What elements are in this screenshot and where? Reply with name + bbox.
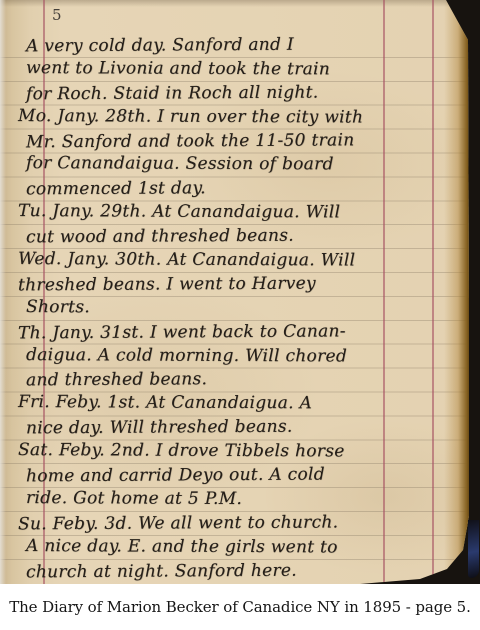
diary-page: 5 A very cold day. Sanford and Iwent to … [0, 0, 480, 584]
diary-line: Sat. Feby. 2nd. I drove Tibbels horse [18, 439, 468, 465]
diary-line: cut wood and threshed beans. [18, 224, 468, 251]
diary-line: threshed beans. I went to Harvey [18, 272, 468, 299]
diary-line: Wed. Jany. 30th. At Canandaigua. Will [18, 248, 468, 274]
diary-line: for Roch. Staid in Roch all night. [18, 80, 468, 107]
diary-line: for Canandaigua. Session of board [18, 152, 468, 178]
page-number: 5 [52, 6, 62, 24]
diary-line: Tu. Jany. 29th. At Canandaigua. Will [18, 200, 468, 226]
diary-line: commenced 1st day. [18, 176, 468, 203]
diary-photo: 5 A very cold day. Sanford and Iwent to … [0, 0, 480, 584]
diary-line: A very cold day. Sanford and I [18, 33, 468, 60]
scan-left-edge [0, 0, 6, 584]
diary-handwriting: A very cold day. Sanford and Iwent to Li… [18, 34, 468, 583]
diary-line: church at night. Sanford here. [18, 558, 468, 585]
diary-line: Fri. Feby. 1st. At Canandaigua. A [18, 391, 468, 417]
diary-line: went to Livonia and took the train [18, 57, 468, 83]
diary-line: and threshed beans. [18, 367, 468, 394]
diary-line: home and carrid Deyo out. A cold [18, 463, 468, 490]
diary-line: nice day. Will threshed beans. [18, 415, 468, 442]
notebook-cover-corner [468, 520, 479, 578]
diary-line: A nice day. E. and the girls went to [18, 535, 468, 561]
diary-line: Mo. Jany. 28th. I run over the city with [18, 105, 468, 131]
diary-line: Mr. Sanford and took the 11-50 train [18, 128, 468, 155]
diary-scan-screenshot: 5 A very cold day. Sanford and Iwent to … [0, 0, 480, 630]
diary-line: Shorts. [18, 296, 468, 322]
diary-line: ride. Got home at 5 P.M. [18, 487, 468, 513]
photo-caption: The Diary of Marion Becker of Canadice N… [9, 598, 471, 616]
diary-line: Su. Feby. 3d. We all went to church. [18, 510, 468, 537]
caption-bar: The Diary of Marion Becker of Canadice N… [0, 584, 480, 630]
diary-line: Th. Jany. 31st. I went back to Canan- [18, 319, 468, 346]
diary-line: daigua. A cold morning. Will chored [18, 344, 468, 370]
